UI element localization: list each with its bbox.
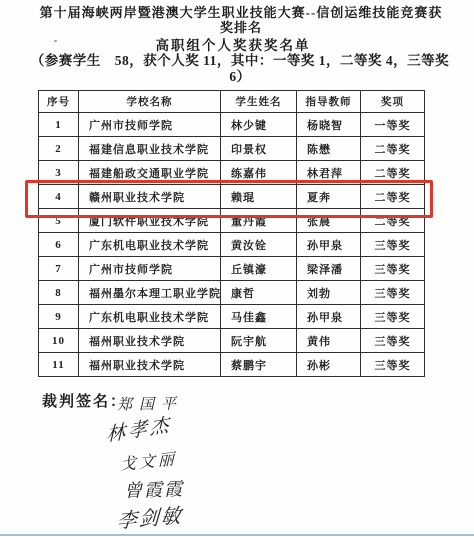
award-cell: 二等奖: [361, 209, 425, 233]
instructor-cell: 梁泽潘: [297, 257, 361, 281]
awards-table-wrapper: 序号学校名称学生姓名指导教师奖项 1广州市技师学院林少键杨晓智一等奖2福建信息职…: [38, 90, 424, 377]
award-cell: 三等奖: [361, 257, 425, 281]
summary-line-2: 6）: [16, 69, 464, 85]
instructor-cell: 林君萍: [297, 161, 361, 185]
student-cell: 赖琨: [221, 185, 297, 209]
seq-cell: 3: [39, 161, 79, 185]
award-cell: 一等奖: [361, 113, 425, 137]
school-cell: 广东机电职业技术学院: [79, 305, 221, 329]
student-cell: 阮宇航: [221, 329, 297, 353]
award-cell: 三等奖: [361, 281, 425, 305]
seq-cell: 6: [39, 233, 79, 257]
student-cell: 马佳鑫: [221, 305, 297, 329]
seq-cell: 1: [39, 113, 79, 137]
school-cell: 厦门软件职业技术学院: [79, 209, 221, 233]
table-row: 7广州市技师学院丘镇濠梁泽潘三等奖: [39, 257, 425, 281]
instructor-cell: 孙彬: [297, 353, 361, 377]
instructor-cell: 黄伟: [297, 329, 361, 353]
school-cell: 广州市技师学院: [79, 257, 221, 281]
seq-cell: 7: [39, 257, 79, 281]
document-page: 第十届海峡两岸暨港澳大学生职业技能大赛--信创运维技能竞赛获 奖排名 高职组个人…: [0, 0, 474, 537]
seq-cell: 4: [39, 185, 79, 209]
student-cell: 练嘉伟: [221, 161, 297, 185]
table-row: 10福州职业技术学院阮宇航黄伟三等奖: [39, 329, 425, 353]
seq-cell: 8: [39, 281, 79, 305]
table-row: 5厦门软件职业技术学院董丹霞张晨二等奖: [39, 209, 425, 233]
bottom-edge-bar: [0, 534, 474, 536]
award-cell: 二等奖: [361, 137, 425, 161]
table-row: 1广州市技师学院林少键杨晓智一等奖: [39, 113, 425, 137]
school-cell: 福州职业技术学院: [79, 353, 221, 377]
table-row: 9广东机电职业技术学院马佳鑫孙甲泉三等奖: [39, 305, 425, 329]
document-subtitle: 高职组个人奖获奖名单: [0, 34, 466, 54]
column-header: 指导教师: [297, 91, 361, 113]
table-row: 3福建船政交通职业学院练嘉伟林君萍二等奖: [39, 161, 425, 185]
award-cell: 二等奖: [361, 161, 425, 185]
school-cell: 福州职业技术学院: [79, 329, 221, 353]
student-cell: 丘镇濠: [221, 257, 297, 281]
awards-table: 序号学校名称学生姓名指导教师奖项 1广州市技师学院林少键杨晓智一等奖2福建信息职…: [38, 90, 425, 377]
instructor-cell: 张晨: [297, 209, 361, 233]
award-cell: 三等奖: [361, 305, 425, 329]
student-cell: 林少键: [221, 113, 297, 137]
seq-cell: 10: [39, 329, 79, 353]
instructor-cell: 孙甲泉: [297, 233, 361, 257]
school-cell: 赣州职业技术学院: [79, 185, 221, 209]
school-cell: 广东机电职业技术学院: [79, 233, 221, 257]
award-cell: 三等奖: [361, 329, 425, 353]
instructor-cell: 刘勃: [297, 281, 361, 305]
table-row: 6广东机电职业技术学院黄汝铨孙甲泉三等奖: [39, 233, 425, 257]
table-row: 4赣州职业技术学院赖琨夏奔二等奖: [39, 185, 425, 209]
title-line-1: 第十届海峡两岸暨港澳大学生职业技能大赛--信创运维技能竞赛获: [28, 5, 454, 20]
student-cell: 康哲: [221, 281, 297, 305]
seq-cell: 11: [39, 353, 79, 377]
instructor-cell: 陈懋: [297, 137, 361, 161]
column-header: 序号: [39, 91, 79, 113]
award-cell: 三等奖: [361, 353, 425, 377]
school-cell: 福州墨尔本理工职业学院: [79, 281, 221, 305]
judge-signature: 郑国平: [117, 392, 183, 414]
student-cell: 黄汝铨: [221, 233, 297, 257]
instructor-cell: 孙甲泉: [297, 305, 361, 329]
school-cell: 广州市技师学院: [79, 113, 221, 137]
instructor-cell: 夏奔: [297, 185, 361, 209]
summary-line-1: （参赛学生 58，获个人奖 11，其中：一等奖 1，二等奖 4，三等奖: [16, 53, 464, 69]
participation-summary: （参赛学生 58，获个人奖 11，其中：一等奖 1，二等奖 4，三等奖 6）: [16, 53, 464, 85]
seq-cell: 9: [39, 305, 79, 329]
table-row: 2福建信息职业技术学院印景权陈懋二等奖: [39, 137, 425, 161]
column-header: 学生姓名: [221, 91, 297, 113]
judge-signature: 李剑敏: [116, 499, 183, 534]
student-cell: 蔡鹏宇: [221, 353, 297, 377]
instructor-cell: 杨晓智: [297, 113, 361, 137]
judge-signature: 林孝杰: [106, 410, 172, 448]
table-row: 11福州职业技术学院蔡鹏宇孙彬三等奖: [39, 353, 425, 377]
judge-signature: 戈文丽: [120, 446, 177, 475]
student-cell: 印景权: [221, 137, 297, 161]
school-cell: 福建信息职业技术学院: [79, 137, 221, 161]
header-row: 序号学校名称学生姓名指导教师奖项: [39, 91, 425, 113]
judge-signature-label: 裁判签名：: [42, 390, 127, 411]
title-line-2: 奖排名: [28, 20, 454, 35]
column-header: 学校名称: [79, 91, 221, 113]
award-cell: 二等奖: [361, 185, 425, 209]
award-cell: 三等奖: [361, 233, 425, 257]
seq-cell: 5: [39, 209, 79, 233]
document-title: 第十届海峡两岸暨港澳大学生职业技能大赛--信创运维技能竞赛获 奖排名: [28, 5, 454, 35]
student-cell: 董丹霞: [221, 209, 297, 233]
table-row: 8福州墨尔本理工职业学院康哲刘勃三等奖: [39, 281, 425, 305]
column-header: 奖项: [361, 91, 425, 113]
seq-cell: 2: [39, 137, 79, 161]
school-cell: 福建船政交通职业学院: [79, 161, 221, 185]
